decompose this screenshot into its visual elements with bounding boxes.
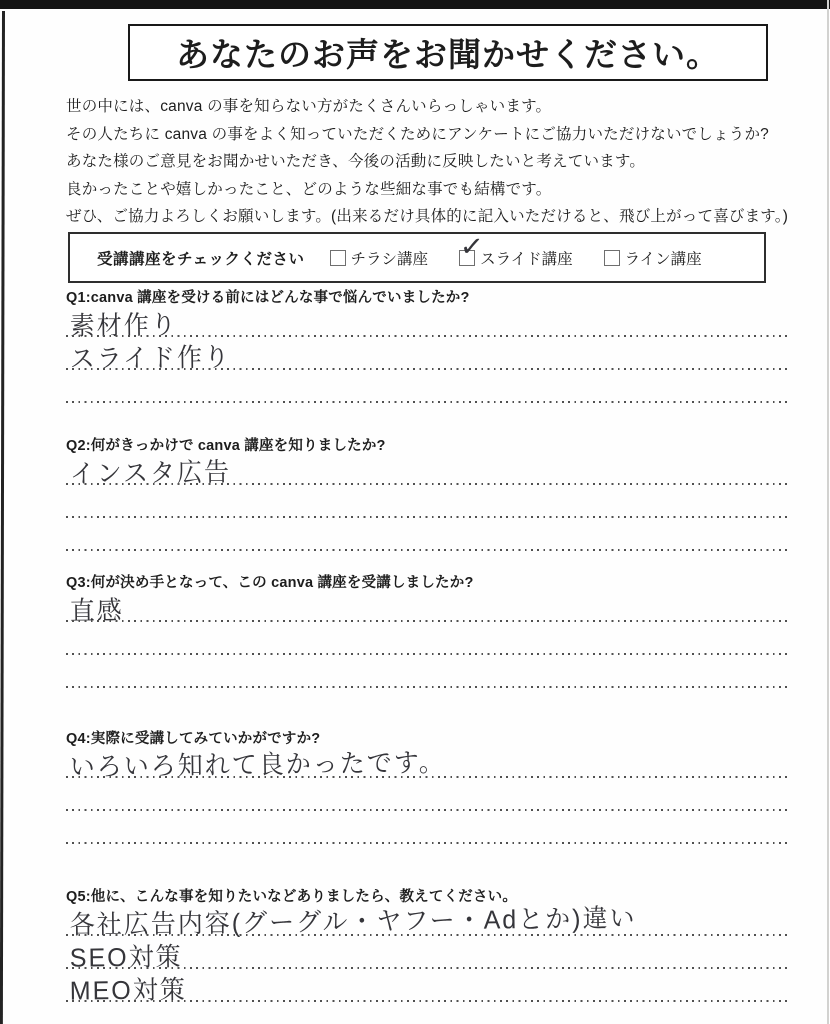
- answer-line: [66, 655, 790, 688]
- answer-line: 各社広告内容(グーグル・ヤフー・Adとか)違い: [66, 903, 790, 936]
- scan-top-bar: [0, 0, 830, 9]
- course-option: ✓スライド講座: [459, 247, 573, 269]
- dotted-line: [66, 549, 790, 551]
- course-check-box: 受講講座をチェックください チラシ講座✓スライド講座ライン講座: [68, 232, 766, 283]
- answer-line: いろいろ知れて良かったです。: [66, 745, 790, 778]
- question-block: Q2:何がきっかけで canva 講座を知りましたか? インスタ広告: [66, 434, 790, 551]
- answer-line: インスタ広告: [66, 452, 790, 485]
- answer-line: SEO対策: [66, 936, 790, 969]
- intro-line: あなた様のご意見をお聞かせいただき、今後の活動に反映したいと考えています。: [66, 148, 786, 176]
- checkbox-icon: [604, 250, 620, 266]
- course-option-label: チラシ講座: [351, 247, 429, 269]
- question-block: Q5:他に、こんな事を知りたいなどありましたら、教えてください。 各社広告内容(…: [66, 885, 790, 1002]
- course-option: チラシ講座: [330, 247, 429, 269]
- answer-line: [66, 622, 790, 655]
- dotted-line: [66, 401, 790, 403]
- question-answer-rows: インスタ広告: [66, 452, 790, 551]
- answer-line: 素材作り: [66, 304, 790, 337]
- course-check-label: 受講講座をチェックください: [97, 247, 305, 269]
- answer-line: MEO対策: [66, 969, 790, 1002]
- course-option-label: スライド講座: [480, 247, 573, 269]
- course-options: チラシ講座✓スライド講座ライン講座: [330, 247, 702, 269]
- answer-line: [66, 370, 790, 403]
- question-answer-rows: いろいろ知れて良かったです。: [66, 745, 790, 844]
- answer-line: スライド作り: [66, 337, 790, 370]
- intro-line: ぜひ、ご協力よろしくお願いします。(出来るだけ具体的に記入いただけると、飛び上が…: [66, 203, 786, 231]
- question-answer-rows: 直感: [66, 589, 790, 688]
- survey-page: あなたのお声をお聞かせください。 世の中には、canva の事を知らない方がたく…: [0, 0, 830, 1024]
- answer-line: 直感: [66, 589, 790, 622]
- checkbox-icon: ✓: [459, 250, 475, 266]
- scan-right-edge: [827, 0, 829, 1024]
- dotted-line: [66, 842, 790, 844]
- intro-line: その人たちに canva の事をよく知っていただくためにアンケートにご協力いただ…: [66, 121, 786, 149]
- handwritten-answer: MEO対策: [70, 969, 187, 1008]
- question-label: Q2:何がきっかけで canva 講座を知りましたか?: [66, 434, 790, 452]
- question-answer-rows: 各社広告内容(グーグル・ヤフー・Adとか)違いSEO対策MEO対策: [66, 903, 790, 1002]
- question-label: Q1:canva 講座を受ける前にはどんな事で悩んでいましたか?: [66, 286, 790, 304]
- answer-line: [66, 811, 790, 844]
- intro-line: 良かったことや嬉しかったこと、どのような些細な事でも結構です。: [66, 176, 786, 204]
- question-answer-rows: 素材作りスライド作り: [66, 304, 790, 403]
- intro-paragraph: 世の中には、canva の事を知らない方がたくさんいらっしゃいます。その人たちに…: [66, 93, 786, 231]
- intro-line: 世の中には、canva の事を知らない方がたくさんいらっしゃいます。: [66, 93, 786, 121]
- question-block: Q1:canva 講座を受ける前にはどんな事で悩んでいましたか? 素材作りスライ…: [66, 286, 790, 403]
- checkmark-icon: ✓: [459, 232, 484, 262]
- answer-line: [66, 778, 790, 811]
- course-option-label: ライン講座: [625, 247, 702, 269]
- question-block: Q3:何が決め手となって、この canva 講座を受講しましたか? 直感: [66, 571, 790, 688]
- answer-line: [66, 485, 790, 518]
- checkbox-icon: [330, 250, 346, 266]
- dotted-line: [66, 1000, 790, 1002]
- answer-line: [66, 518, 790, 551]
- question-label: Q3:何が決め手となって、この canva 講座を受講しましたか?: [66, 571, 790, 589]
- title-box: あなたのお声をお聞かせください。: [128, 24, 768, 81]
- question-block: Q4:実際に受講してみていかがですか? いろいろ知れて良かったです。: [66, 727, 790, 844]
- course-option: ライン講座: [604, 247, 702, 269]
- dotted-line: [66, 686, 790, 688]
- scan-left-edge: [0, 11, 5, 1024]
- page-title: あなたのお声をお聞かせください。: [176, 29, 720, 76]
